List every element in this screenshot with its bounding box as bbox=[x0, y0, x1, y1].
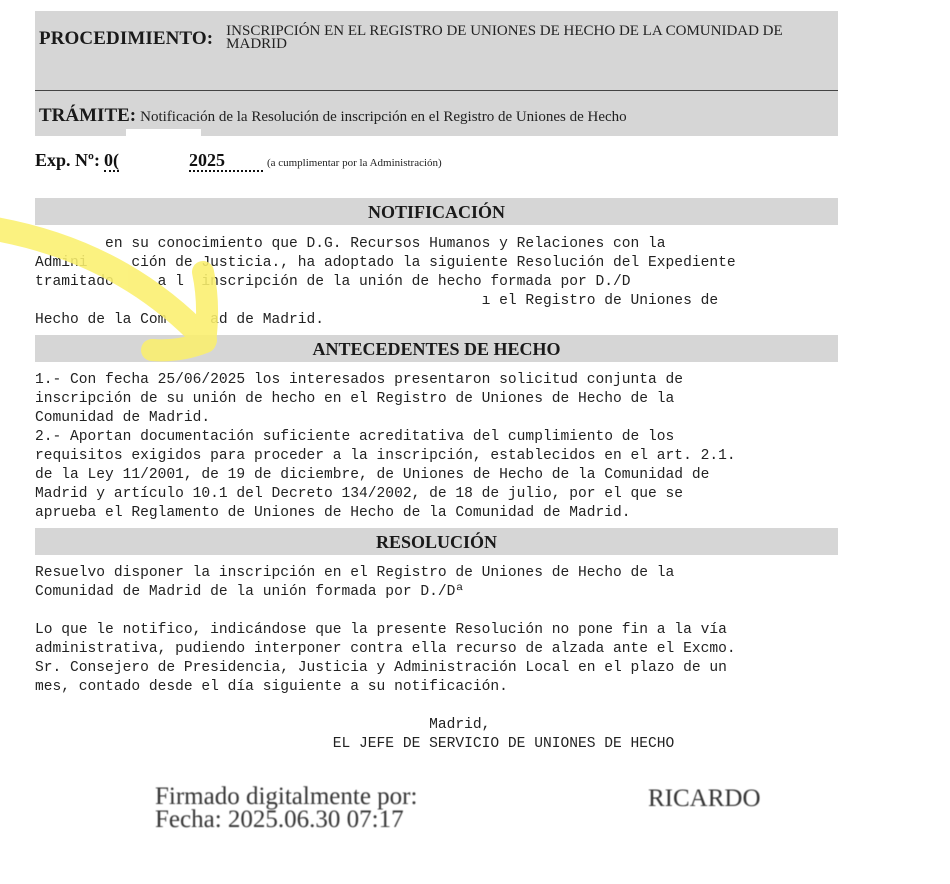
expediente-number: 0( bbox=[104, 150, 119, 172]
signer-name: RICARDO bbox=[648, 785, 761, 813]
tramite-value: Notificación de la Resolución de inscrip… bbox=[140, 109, 627, 125]
notificacion-body: en su conocimiento que D.G. Recursos Hum… bbox=[35, 235, 838, 330]
antecedentes-body: 1.- Con fecha 25/06/2025 los interesados… bbox=[35, 371, 838, 523]
header-divider bbox=[35, 90, 838, 91]
expediente-year: 2025 bbox=[189, 150, 263, 172]
procedimiento-value: INSCRIPCIÓN EN EL REGISTRO DE UNIONES DE… bbox=[226, 25, 836, 51]
section-antecedentes-title: ANTECEDENTES DE HECHO bbox=[35, 335, 838, 362]
procedimiento-row: PROCEDIMIENTO: INSCRIPCIÓN EN EL REGISTR… bbox=[39, 25, 836, 51]
procedimiento-label: PROCEDIMIENTO: bbox=[39, 28, 213, 51]
header-box: PROCEDIMIENTO: INSCRIPCIÓN EN EL REGISTR… bbox=[35, 11, 838, 136]
tramite-label: TRÁMITE: bbox=[39, 105, 136, 126]
redaction-patch bbox=[126, 129, 201, 137]
tramite-row: TRÁMITE: Notificación de la Resolución d… bbox=[39, 105, 627, 127]
signature-date: Fecha: 2025.06.30 07:17 bbox=[155, 808, 417, 831]
expediente-note: (a cumplimentar por la Administración) bbox=[267, 157, 442, 169]
expediente-label: Exp. Nº: bbox=[35, 150, 100, 170]
signature-block: Firmado digitalmente por: Fecha: 2025.06… bbox=[155, 785, 417, 831]
section-notificacion-title: NOTIFICACIÓN bbox=[35, 198, 838, 225]
signed-by-label: Firmado digitalmente por: bbox=[155, 785, 417, 808]
section-resolucion-title: RESOLUCIÓN bbox=[35, 528, 838, 555]
expediente-row: Exp. Nº: 0(2025(a cumplimentar por la Ad… bbox=[35, 150, 442, 171]
resolucion-body: Resuelvo disponer la inscripción en el R… bbox=[35, 564, 838, 754]
